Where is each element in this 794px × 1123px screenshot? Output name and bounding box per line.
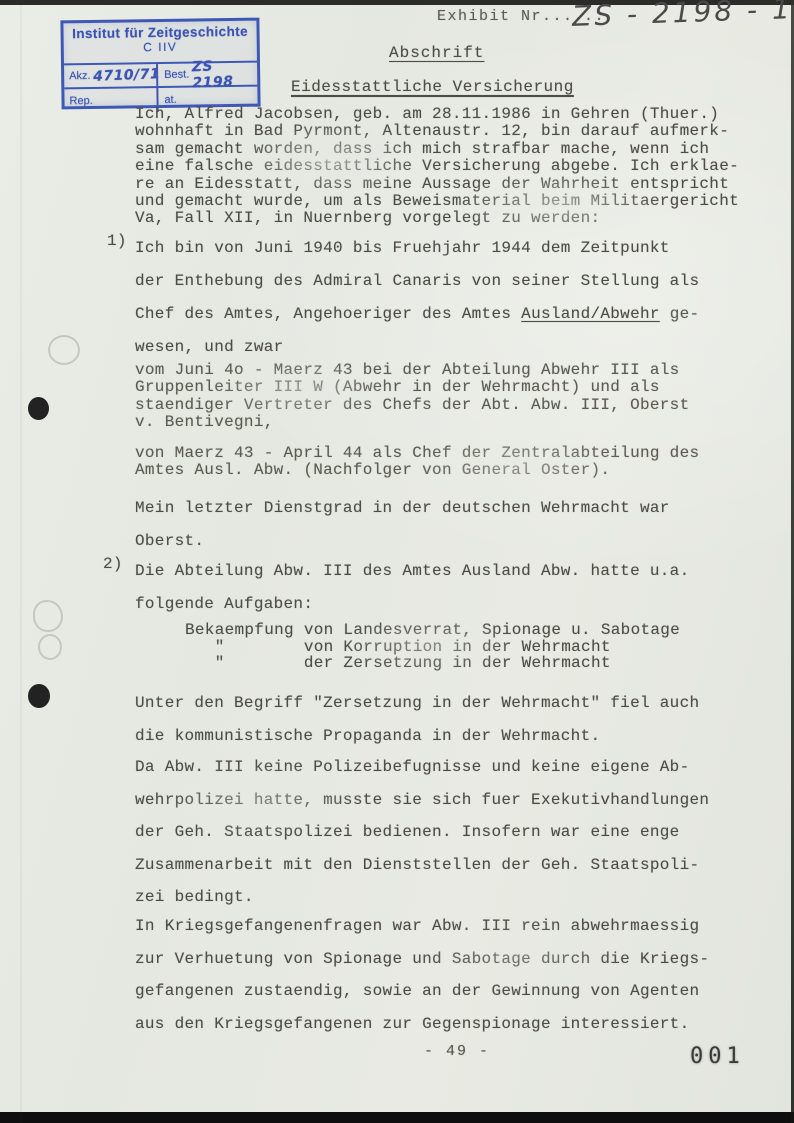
tasks-list: Bekaempfung von Landesverrat, Spionage u… [185, 622, 680, 672]
intro-line: Va, Fall XII, in Nuernberg vorgelegt zu … [135, 210, 739, 227]
body-line: staendiger Vertreter des Chefs der Abt. … [135, 397, 690, 414]
body-line: Amtes Ausl. Abw. (Nachfolger von General… [135, 462, 699, 479]
body-line: Ich bin von Juni 1940 bis Fruehjahr 1944… [135, 232, 699, 265]
hole-punch-dot [28, 684, 50, 708]
item1-paragraph-a: Ich bin von Juni 1940 bis Fruehjahr 1944… [135, 232, 699, 364]
body-line: Da Abw. III keine Polizeibefugnisse und … [135, 751, 709, 784]
body-line: In Kriegsgefangenenfragen war Abw. III r… [135, 910, 709, 943]
body-line: der Geh. Staatspolizei bedienen. Insofer… [135, 816, 709, 849]
body-line: folgende Aufgaben: [135, 588, 690, 621]
item2-paragraph-a: Die Abteilung Abw. III des Amtes Ausland… [135, 555, 690, 621]
folio-number: 001 [690, 1044, 745, 1069]
hole-punch-dot [28, 397, 49, 420]
body-line: wehrpolizei hatte, musste sie sich fuer … [135, 784, 709, 817]
item1-paragraph-c: von Maerz 43 - April 44 als Chef der Zen… [135, 445, 699, 480]
stamp-akz-cell: Akz. 4710/71 [64, 64, 158, 87]
stamp-best-value: ZS 2198 [192, 57, 258, 92]
body-line: Unter den Begriff "Zersetzung in der Weh… [135, 687, 699, 720]
body-line: Chef des Amtes, Angehoeriger des Amtes A… [135, 298, 699, 331]
intro-line: Ich, Alfred Jacobsen, geb. am 28.11.1986… [135, 106, 739, 123]
body-line: von Maerz 43 - April 44 als Chef der Zen… [135, 445, 699, 462]
item1-paragraph-b: vom Juni 4o - Maerz 43 bei der Abteilung… [135, 362, 690, 432]
body-line: vom Juni 4o - Maerz 43 bei der Abteilung… [135, 362, 690, 379]
hole-punch-ring [38, 634, 62, 660]
body-line: Oberst. [135, 525, 670, 558]
hole-punch-ring [48, 335, 80, 365]
underlined-term: Ausland/Abwehr [521, 305, 660, 323]
body-line: Die Abteilung Abw. III des Amtes Ausland… [135, 555, 690, 588]
item2-paragraph-c: Da Abw. III keine Polizeibefugnisse und … [135, 751, 709, 914]
title-abschrift: Abschrift [389, 44, 484, 62]
body-line-segment: Chef des Amtes, Angehoeriger des Amtes [135, 305, 521, 323]
intro-line: wohnhaft in Bad Pyrmont, Altenaustr. 12,… [135, 123, 739, 140]
stamp-akz-value: 4710/71 [93, 66, 161, 85]
body-line: Zusammenarbeit mit den Dienststellen der… [135, 849, 709, 882]
intro-line: re an Eidesstatt, dass meine Aussage der… [135, 176, 739, 193]
task-line: Bekaempfung von Landesverrat, Spionage u… [185, 622, 680, 639]
task-line: " von Korruption in der Wehrmacht [185, 639, 680, 656]
stamp-akz-label: Akz. [69, 70, 91, 82]
body-line: aus den Kriegsgefangenen zur Gegenspiona… [135, 1008, 709, 1041]
body-line: die kommunistische Propaganda in der Weh… [135, 720, 699, 753]
item2-paragraph-d: In Kriegsgefangenenfragen war Abw. III r… [135, 910, 709, 1040]
intro-paragraph: Ich, Alfred Jacobsen, geb. am 28.11.1986… [135, 106, 739, 228]
body-line: gefangenen zustaendig, sowie an der Gewi… [135, 975, 709, 1008]
stamp-org-name: Institut für Zeitgeschichte [63, 24, 256, 42]
exhibit-number-handwritten: ZS - 2198 - 1 [571, 0, 793, 33]
hole-punch-ring [33, 600, 63, 632]
stamp-best-label: Best. [164, 69, 189, 81]
intro-line: sam gemacht worden, dass ich mich strafb… [135, 141, 739, 158]
body-line: Gruppenleiter III W (Abwehr in der Wehrm… [135, 379, 690, 396]
item2-number: 2) [103, 555, 123, 573]
title-eidesstattliche-versicherung: Eidesstattliche Versicherung [291, 78, 574, 96]
item1-paragraph-d: Mein letzter Dienstgrad in der deutschen… [135, 492, 670, 558]
scanned-document-page: Institut für Zeitgeschichte C IIV Akz. 4… [0, 0, 794, 1123]
paper-crease [20, 0, 22, 1123]
task-line: " der Zersetzung in der Wehrmacht [185, 655, 680, 672]
intro-line: und gemacht wurde, um als Beweismaterial… [135, 193, 739, 210]
page-number: - 49 - [424, 1043, 490, 1060]
archive-stamp: Institut für Zeitgeschichte C IIV Akz. 4… [60, 18, 260, 110]
stamp-rep-label: Rep. [69, 95, 92, 107]
stamp-row-akz-best: Akz. 4710/71 Best. ZS 2198 [64, 63, 257, 90]
body-line: v. Bentivegni, [135, 414, 690, 431]
stamp-best-cell: Best. ZS 2198 [158, 63, 257, 86]
item2-paragraph-b: Unter den Begriff "Zersetzung in der Weh… [135, 687, 699, 753]
intro-line: eine falsche eidesstattliche Versicherun… [135, 158, 739, 175]
body-line: wesen, und zwar [135, 331, 699, 364]
body-line: der Enthebung des Admiral Canaris von se… [135, 265, 699, 298]
stamp-dept: C IIV [64, 39, 257, 56]
body-line: zur Verhuetung von Spionage und Sabotage… [135, 943, 709, 976]
scan-bottom-edge [0, 1112, 794, 1123]
body-line-segment: ge- [660, 305, 700, 323]
item1-number: 1) [107, 232, 127, 250]
body-line: Mein letzter Dienstgrad in der deutschen… [135, 492, 670, 525]
